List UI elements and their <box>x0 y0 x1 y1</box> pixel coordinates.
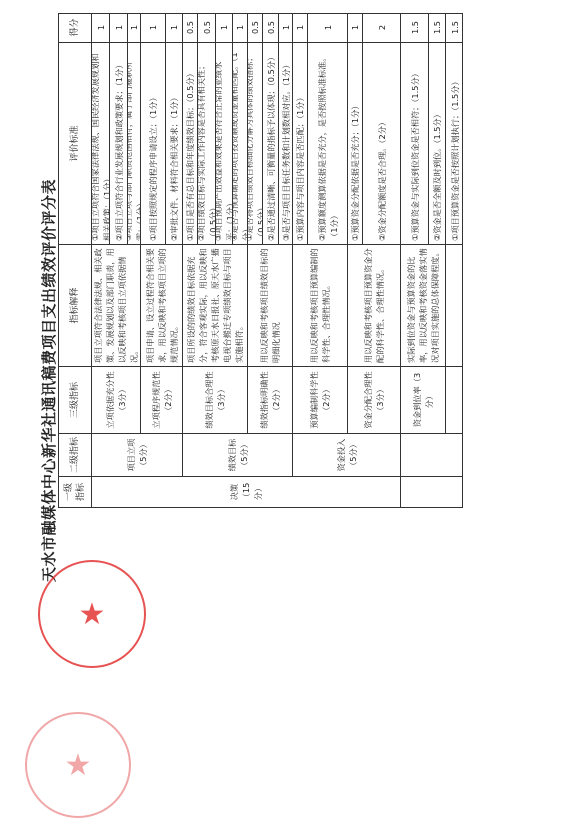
explanation-cell-empty <box>445 245 463 367</box>
criteria-cell: ②项目立项符合行业发展规划和政策要求；（1分） <box>109 43 127 245</box>
score-cell: 1 <box>347 13 362 43</box>
score-cell: 1 <box>292 13 307 43</box>
explanation-cell: 用以反映和考核项目绩效目标的明细化情况 <box>247 245 292 367</box>
score-cell: 0.5 <box>247 13 262 43</box>
star-icon: ★ <box>65 748 92 783</box>
explanation-cell: 用以反映和考核项目预算编制的科学性、合理性情况。 <box>292 245 347 367</box>
criteria-cell: ②是否通过清晰、可衡量的指标予以体现；（0.5分） <box>262 43 278 245</box>
criteria-cell: ②预算额度测算依据是否充分，是否按照标准标准。（1分） <box>307 43 347 245</box>
criteria-cell: ②资金是否全额及时到位。（1.5分） <box>428 43 445 245</box>
criteria-cell: ①项目立项符合国家法律法规、国民经济发展规划和相关政策；（1分） <box>91 43 109 245</box>
criteria-cell: ④是否与预算确定的项目投资额或资金量相匹配。（1分） <box>232 43 247 245</box>
level3-cell: 预算编制科学性（2分） <box>292 367 347 434</box>
criteria-cell: ③项目预期产出效益和效果是否符合正常的业绩水平；（1分） <box>215 43 232 245</box>
explanation-cell: 项目申请、设立过程符合相关要求，用以反映和考核项目立项的规范情况。 <box>140 245 182 367</box>
score-table: 一级指标二级指标三级指标指标解释评价标准得分决策（15分）项目立项（5分）绩效目… <box>58 13 463 508</box>
level2-cell: 绩效目标（5分） <box>182 434 292 477</box>
level3-cell: 立项依据充分性（3分） <box>91 367 140 434</box>
header-level2: 二级指标 <box>58 434 91 477</box>
criteria-cell: ①项目是否有总目标和年度绩效目标；（0.5分） <box>182 43 197 245</box>
criteria-cell: ①是否将项目绩效目标细化分解为具体的绩效指标；（0.5分） <box>247 43 262 245</box>
score-cell: 0.5 <box>182 13 197 43</box>
finance-seal-stamp: ★ <box>25 712 131 818</box>
level3-cell: 资金到位率（3分） <box>400 367 445 434</box>
criteria-cell: ③项目立项与部门职责范围相符，属于部门履职所需；（1分） <box>127 43 140 245</box>
level2-cell: 项目立项（5分） <box>91 434 182 477</box>
criteria-cell: ②资金分配额度是否合理。（2分） <box>362 43 400 245</box>
explanation-cell: 用以反映和考核项目预算资金分配的科学性、合理性情况。 <box>347 245 400 367</box>
criteria-cell: ③是否与项目目标任务数和计划数相对应。（1分） <box>278 43 292 245</box>
star-icon: ★ <box>79 597 106 632</box>
level3-cell: 绩效指标明确性（2分） <box>247 367 292 434</box>
level3-cell: 资金分配合理性（3分） <box>347 367 400 434</box>
level3-cell: 绩效目标合理性（3分） <box>182 367 247 434</box>
criteria-cell: ②审批文件、材料符合相关要求；（1分） <box>165 43 182 245</box>
score-cell: 1 <box>140 13 165 43</box>
level2-cell-empty <box>400 434 463 477</box>
header-criteria: 评价标准 <box>58 43 91 245</box>
criteria-cell: ①项目预算资金是否按照计划执行；（1.5分） <box>445 43 463 245</box>
level3-cell: 立项程序规范性（2分） <box>140 367 182 434</box>
explanation-cell: 项目所设的的绩效目标依据充分，符合客观实际，用以反映和考核原天水日报社、原天水广… <box>182 245 247 367</box>
score-cell: 1 <box>91 13 109 43</box>
explanation-cell: 项目立项符合法律法规、相关政策、发展规划以及部门职责，用以反映和考核项目立项依据… <box>91 245 140 367</box>
score-cell: 2 <box>362 13 400 43</box>
header-level1: 一级指标 <box>58 477 91 508</box>
header-explanation: 指标解释 <box>58 245 91 367</box>
level2-cell: 资金投入（5分） <box>292 434 400 477</box>
score-cell: 1 <box>232 13 247 43</box>
score-cell: 1 <box>278 13 292 43</box>
header-score: 得分 <box>58 13 91 43</box>
explanation-cell: 实际到位资金与预算资金的比率，用以反映和考核资金落实情况对项目实施的总体保障程度… <box>400 245 445 367</box>
criteria-cell: ①预算资金分配依据是否充分；（1分） <box>347 43 362 245</box>
score-cell: 1.5 <box>445 13 463 43</box>
criteria-cell: ①预算内容与项目内容是否匹配；（1分） <box>292 43 307 245</box>
score-cell: 1.5 <box>400 13 428 43</box>
score-cell: 0.5 <box>262 13 278 43</box>
score-cell: 1 <box>165 13 182 43</box>
header-level3: 三级指标 <box>58 367 91 434</box>
level1-cell-empty <box>400 477 463 508</box>
criteria-cell: ①项目按照规定的程序申请设立；（1分） <box>140 43 165 245</box>
score-cell: 1 <box>127 13 140 43</box>
criteria-cell: ①预算资金与实际到位资金是否相符；（1.5分） <box>400 43 428 245</box>
criteria-cell: ②项目绩效目标与实际工作内容是否具有相关性；（0.5分） <box>197 43 215 245</box>
score-cell: 0.5 <box>197 13 215 43</box>
score-cell: 1.5 <box>428 13 445 43</box>
score-cell: 1 <box>215 13 232 43</box>
score-cell: 1 <box>109 13 127 43</box>
level3-cell-empty <box>445 367 463 434</box>
level1-cell: 决策（15分） <box>91 477 400 508</box>
score-cell: 1 <box>307 13 347 43</box>
